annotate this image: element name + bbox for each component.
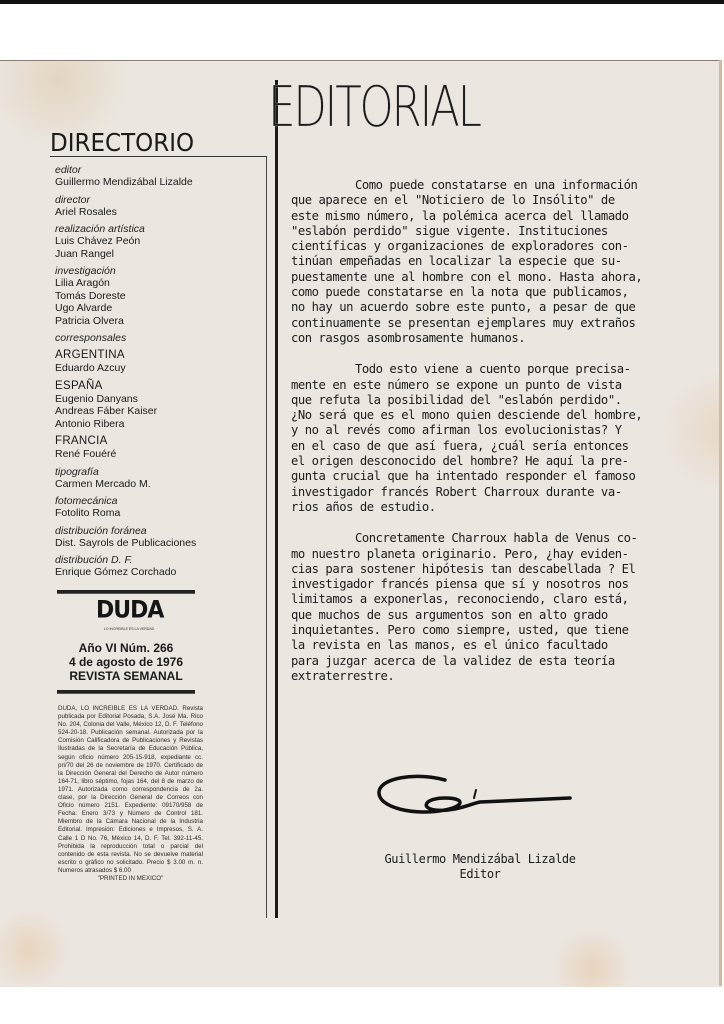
directory-country: FRANCIA — [55, 435, 260, 448]
directory-name: Luis Chávez Peón — [55, 235, 260, 248]
directory-divider — [50, 156, 267, 157]
directory-country: ARGENTINA — [55, 349, 260, 362]
legal-text: DUDA, LO INCREIBLE ES LA VERDAD. Revista… — [58, 705, 203, 874]
directory-name: Patricia Olvera — [55, 315, 260, 328]
directory-group: tipografíaCarmen Mercado M. — [55, 466, 260, 491]
directory-role: investigación — [55, 265, 260, 277]
signer: Guillermo Mendizábal Lizalde Editor — [360, 852, 600, 882]
signer-name: Guillermo Mendizábal Lizalde — [360, 852, 600, 867]
signature-icon — [375, 770, 575, 820]
directory-name: Antonio Ribera — [55, 418, 260, 431]
issue-frequency: REVISTA SEMANAL — [57, 669, 195, 683]
directory-name: Eugenio Danyans — [55, 393, 260, 406]
page-edge — [719, 60, 722, 986]
directory-group: ARGENTINAEduardo Azcuy — [55, 349, 260, 375]
directory-group: fotomecánicaFotolito Roma — [55, 495, 260, 520]
signer-title: Editor — [360, 867, 600, 882]
editorial-body: Como puede constatarse en una informació… — [291, 178, 671, 700]
editorial-paragraph: Concretamente Charroux habla de Venus co… — [291, 531, 671, 684]
directory-group: investigaciónLilia AragónTomás DoresteUg… — [55, 265, 260, 327]
issue-info: Año VI Núm. 266 4 de agosto de 1976 REVI… — [57, 641, 195, 683]
directory-group: FRANCIARené Fouéré — [55, 435, 260, 461]
duda-logo: DUDA — [96, 597, 162, 625]
printed-in-mexico: "PRINTED IN MEXICO" — [58, 875, 203, 883]
directory-role: tipografía — [55, 466, 260, 478]
directory-group: ESPAÑAEugenio DanyansAndreas Fáber Kaise… — [55, 380, 260, 431]
directory-role: corresponsales — [55, 332, 260, 344]
masthead-rule-top — [57, 590, 195, 594]
directory-group: corresponsales — [55, 332, 260, 344]
directory-name: Eduardo Azcuy — [55, 362, 260, 375]
issue-number: Año VI Núm. 266 — [57, 641, 195, 655]
directory-role: fotomecánica — [55, 495, 260, 507]
scan-top-border — [0, 0, 724, 4]
directory-name: Guillermo Mendizábal Lizalde — [55, 176, 260, 189]
directory-role: realización artística — [55, 223, 260, 235]
directory-name: Carmen Mercado M. — [55, 478, 260, 491]
editorial-paragraph: Todo esto viene a cuento porque precisa-… — [291, 362, 671, 515]
directory-name: Ugo Alvarde — [55, 302, 260, 315]
directory-group: directorAriel Rosales — [55, 194, 260, 219]
directory-role: editor — [55, 164, 260, 176]
directory-name: Lilia Aragón — [55, 277, 260, 290]
directory-name: Andreas Fáber Kaiser — [55, 405, 260, 418]
column-rule-thin — [266, 156, 267, 918]
directory-role: director — [55, 194, 260, 206]
issue-date: 4 de agosto de 1976 — [57, 655, 195, 669]
legal-notice: DUDA, LO INCREIBLE ES LA VERDAD. Revista… — [58, 705, 203, 883]
directory-name: Tomás Doreste — [55, 290, 260, 303]
directory-role: distribución foránea — [55, 525, 260, 537]
masthead-rule-bottom — [57, 690, 195, 694]
directory-name: Dist. Sayrols de Publicaciones — [55, 537, 260, 550]
editorial-title: EDITORIAL — [268, 78, 480, 138]
directory-name: René Fouéré — [55, 448, 260, 461]
directory-name: Enrique Gómez Corchado — [55, 566, 260, 579]
column-rule-thick — [275, 80, 278, 918]
directory-name: Ariel Rosales — [55, 206, 260, 219]
directory-title: DIRECTORIO — [50, 128, 194, 157]
directory-country: ESPAÑA — [55, 380, 260, 393]
directory-name: Juan Rangel — [55, 248, 260, 261]
directory-group: distribución D. F.Enrique Gómez Corchado — [55, 554, 260, 579]
directory-group: realización artísticaLuis Chávez PeónJua… — [55, 223, 260, 260]
directory-name: Fotolito Roma — [55, 507, 260, 520]
staff-directory: editorGuillermo Mendizábal Lizaldedirect… — [55, 164, 260, 584]
directory-group: distribución foráneaDist. Sayrols de Pub… — [55, 525, 260, 550]
editorial-paragraph: Como puede constatarse en una informació… — [291, 178, 671, 346]
duda-tagline: LO INCREIBLE ES LA VERDAD — [96, 627, 162, 631]
directory-role: distribución D. F. — [55, 554, 260, 566]
directory-group: editorGuillermo Mendizábal Lizalde — [55, 164, 260, 189]
